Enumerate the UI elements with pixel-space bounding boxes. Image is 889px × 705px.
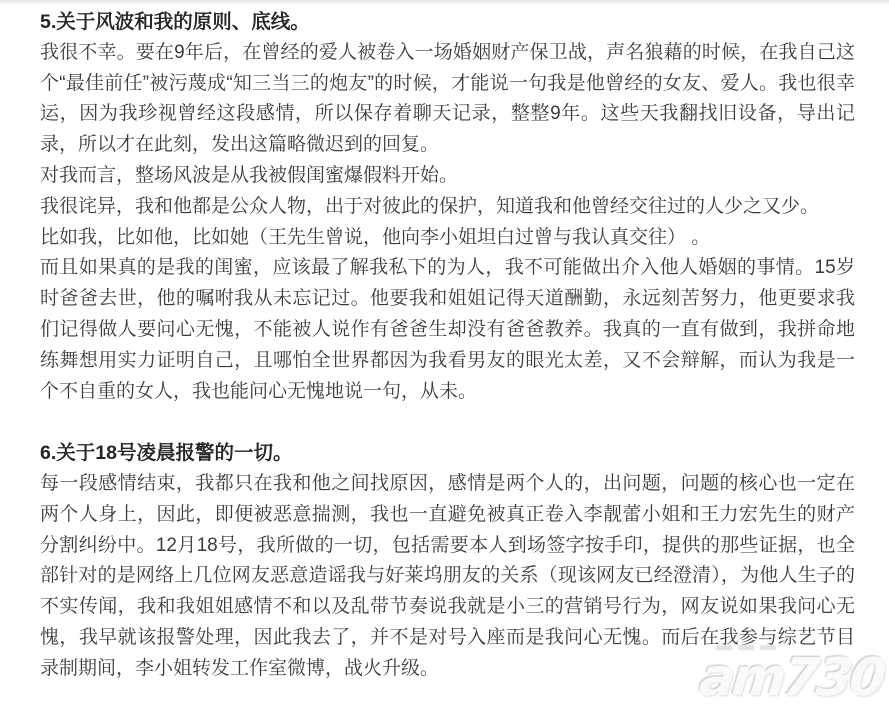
section-heading: 6.关于18号凌晨报警的一切。 xyxy=(40,438,855,469)
paragraph: 比如我，比如他，比如她（王先生曾说，他向李小姐坦白过曾与我认真交往） 。 xyxy=(40,223,855,254)
section-heading: 5.关于风波和我的原则、底线。 xyxy=(40,7,855,38)
paragraph: 对我而言，整场风波是从我被假闺蜜爆假料开始。 xyxy=(40,161,855,192)
paragraph: 我很不幸。要在9年后，在曾经的爱人被卷入一场婚姻财产保卫战，声名狼藉的时候，在我… xyxy=(40,38,855,161)
section-principles: 5.关于风波和我的原则、底线。 我很不幸。要在9年后，在曾经的爱人被卷入一场婚姻… xyxy=(40,7,855,407)
paragraph: 而且如果真的是我的闺蜜，应该最了解我私下的为人，我不可能做出介入他人婚姻的事情。… xyxy=(40,253,855,407)
paragraph: 我很诧异，我和他都是公众人物，出于对彼此的保护，知道我和他曾经交往过的人少之又少… xyxy=(40,192,855,223)
paragraph: 每一段感情结束，我都只在我和他之间找原因，感情是两个人的，出问题，问题的核心也一… xyxy=(40,469,855,685)
section-gap xyxy=(40,407,855,438)
section-police-report: 6.关于18号凌晨报警的一切。 每一段感情结束，我都只在我和他之间找原因，感情是… xyxy=(40,438,855,684)
statement-document: 5.关于风波和我的原则、底线。 我很不幸。要在9年后，在曾经的爱人被卷入一场婚姻… xyxy=(0,0,889,685)
article-page: 5.关于风波和我的原则、底线。 我很不幸。要在9年后，在曾经的爱人被卷入一场婚姻… xyxy=(0,0,889,685)
